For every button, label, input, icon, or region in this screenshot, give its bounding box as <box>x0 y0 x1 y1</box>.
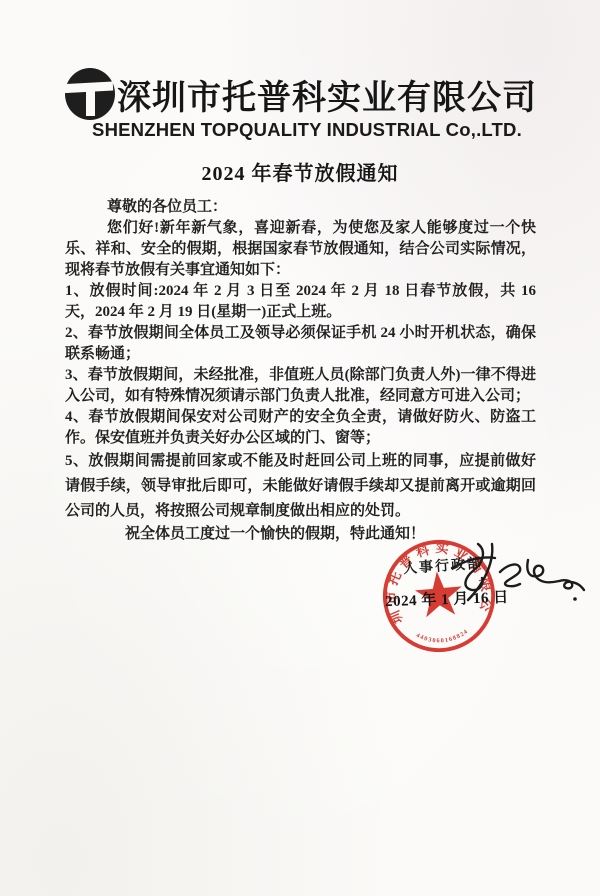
document-page: 深圳市托普科实业有限公司 SHENZHEN TOPQUALITY INDUSTR… <box>0 0 600 896</box>
letterhead: 深圳市托普科实业有限公司 SHENZHEN TOPQUALITY INDUSTR… <box>0 0 600 141</box>
logo-t-stem <box>86 88 95 116</box>
notice-title: 2024 年春节放假通知 <box>0 157 600 186</box>
company-name-en: SHENZHEN TOPQUALITY INDUSTRIAL Co,.LTD. <box>14 119 600 141</box>
notice-item-3: 3、春节放假期间，未经批准，非值班人员(除部门负责人外)一律不得进入公司，如有特… <box>65 365 536 407</box>
notice-item-5: 5、放假期间需提前回家或不能及时赶回公司上班的同事，应提前做好请假手续，领导审批… <box>65 449 536 524</box>
notice-item-2: 2、春节放假期间全体员工及领导必须保证手机 24 小时开机状态，确保联系畅通； <box>65 323 536 365</box>
notice-item-1: 1、放假时间:2024 年 2 月 3 日至 2024 年 2 月 18 日春节… <box>65 281 536 323</box>
salutation: 尊敬的各位员工： <box>65 197 536 218</box>
company-name-zh: 深圳市托普科实业有限公司 <box>117 70 537 119</box>
company-logo-icon <box>63 66 115 122</box>
brand-row: 深圳市托普科实业有限公司 <box>0 66 600 122</box>
handwritten-signature <box>448 536 588 608</box>
notice-item-4: 4、春节放假期间保安对公司财产的安全负全责，请做好防火、防盗工作。保安值班并负责… <box>65 407 536 449</box>
notice-body: 尊敬的各位员工： 您们好!新年新气象，喜迎新春，为使您及家人能够度过一个快乐、祥… <box>65 197 536 545</box>
intro-paragraph: 您们好!新年新气象，喜迎新春，为使您及家人能够度过一个快乐、祥和、安全的假期，根… <box>65 218 536 281</box>
